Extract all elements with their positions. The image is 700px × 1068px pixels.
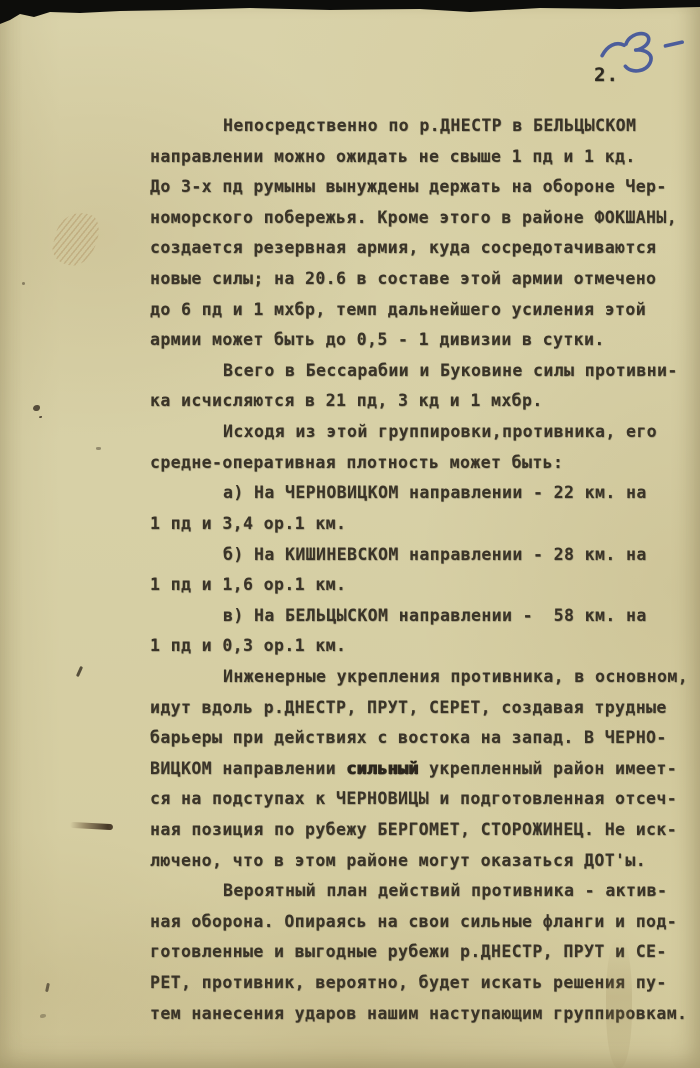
ink-speck	[33, 405, 40, 411]
typed-line: барьеры при действиях с востока на запад…	[150, 723, 695, 754]
ink-speck	[45, 983, 50, 992]
typed-line: лючено, что в этом районе могут оказатьс…	[150, 846, 695, 877]
typed-line: ная позиция по рубежу БЕРГОМЕТ, СТОРОЖИН…	[150, 815, 695, 846]
typed-line-segment: ВИЦКОМ направлении	[150, 759, 346, 778]
typed-line-segment: укрепленный район имеет-	[419, 759, 677, 778]
typed-line: создается резервная армия, куда сосредот…	[150, 233, 695, 264]
typed-line: Исходя из этой группировки,противника, е…	[150, 417, 695, 448]
ink-speck	[40, 1014, 46, 1018]
typed-line-list-item-b: б) На КИШИНЕВСКОМ направлении - 28 км. н…	[150, 540, 695, 571]
typed-line: 1 пд и 3,4 ор.1 км.	[150, 509, 695, 540]
typed-line: Всего в Бессарабии и Буковине силы проти…	[150, 356, 695, 387]
paper-smudge	[606, 938, 632, 1068]
ink-speck	[22, 282, 25, 285]
typed-line: средне-оперативная плотность может быть:	[150, 448, 695, 479]
typed-line: Вероятный план действий противника - акт…	[150, 876, 695, 907]
typed-line: номорского побережья. Кроме этого в райо…	[150, 203, 695, 234]
typed-line: Инженерные укрепления противника, в осно…	[150, 662, 695, 693]
typed-line: направлении можно ожидать не свыше 1 пд …	[150, 142, 695, 173]
scan-edge-top	[0, 0, 700, 26]
pencil-dash-mark	[70, 822, 113, 830]
typed-line: Непосредственно по р.ДНЕСТР в БЕЛЬЦЫСКОМ	[150, 111, 695, 142]
typed-page-number: 2.	[594, 64, 619, 86]
typed-line: новые силы; на 20.6 в составе этой армии…	[150, 264, 695, 295]
ink-speck	[96, 447, 101, 450]
ink-speck	[76, 666, 83, 677]
typed-line: ся на подступах к ЧЕРНОВИЦЫ и подготовле…	[150, 784, 695, 815]
typed-line: До 3-х пд румыны вынуждены держать на об…	[150, 172, 695, 203]
typed-line: ка исчисляются в 21 пд, 3 кд и 1 мхбр.	[150, 386, 695, 417]
typed-text-block: Непосредственно по р.ДНЕСТР в БЕЛЬЦЫСКОМ…	[150, 111, 695, 1029]
scanned-paper-page: 2. Непосредственно по р.ДНЕСТР в БЕЛЬЦЫС…	[0, 0, 700, 1068]
stain-mark	[49, 208, 103, 271]
overtyped-word: сильный	[346, 759, 418, 778]
typed-line: идут вдоль р.ДНЕСТР, ПРУТ, СЕРЕТ, создав…	[150, 693, 695, 724]
typed-line-list-item-v: в) На БЕЛЬЦЫСКОМ направлении - 58 км. на	[150, 601, 695, 632]
typed-line: до 6 пд и 1 мхбр, темп дальнейшего усиле…	[150, 295, 695, 326]
typed-line: армии может быть до 0,5 - 1 дивизии в су…	[150, 325, 695, 356]
typed-line: 1 пд и 1,6 ор.1 км.	[150, 570, 695, 601]
typed-line-list-item-a: а) На ЧЕРНОВИЦКОМ направлении - 22 км. н…	[150, 478, 695, 509]
typed-line: ная оборона. Опираясь на свои сильные фл…	[150, 907, 695, 938]
typed-line-with-overtype: ВИЦКОМ направлении сильный укрепленный р…	[150, 754, 695, 785]
typed-line: 1 пд и 0,3 ор.1 км.	[150, 631, 695, 662]
